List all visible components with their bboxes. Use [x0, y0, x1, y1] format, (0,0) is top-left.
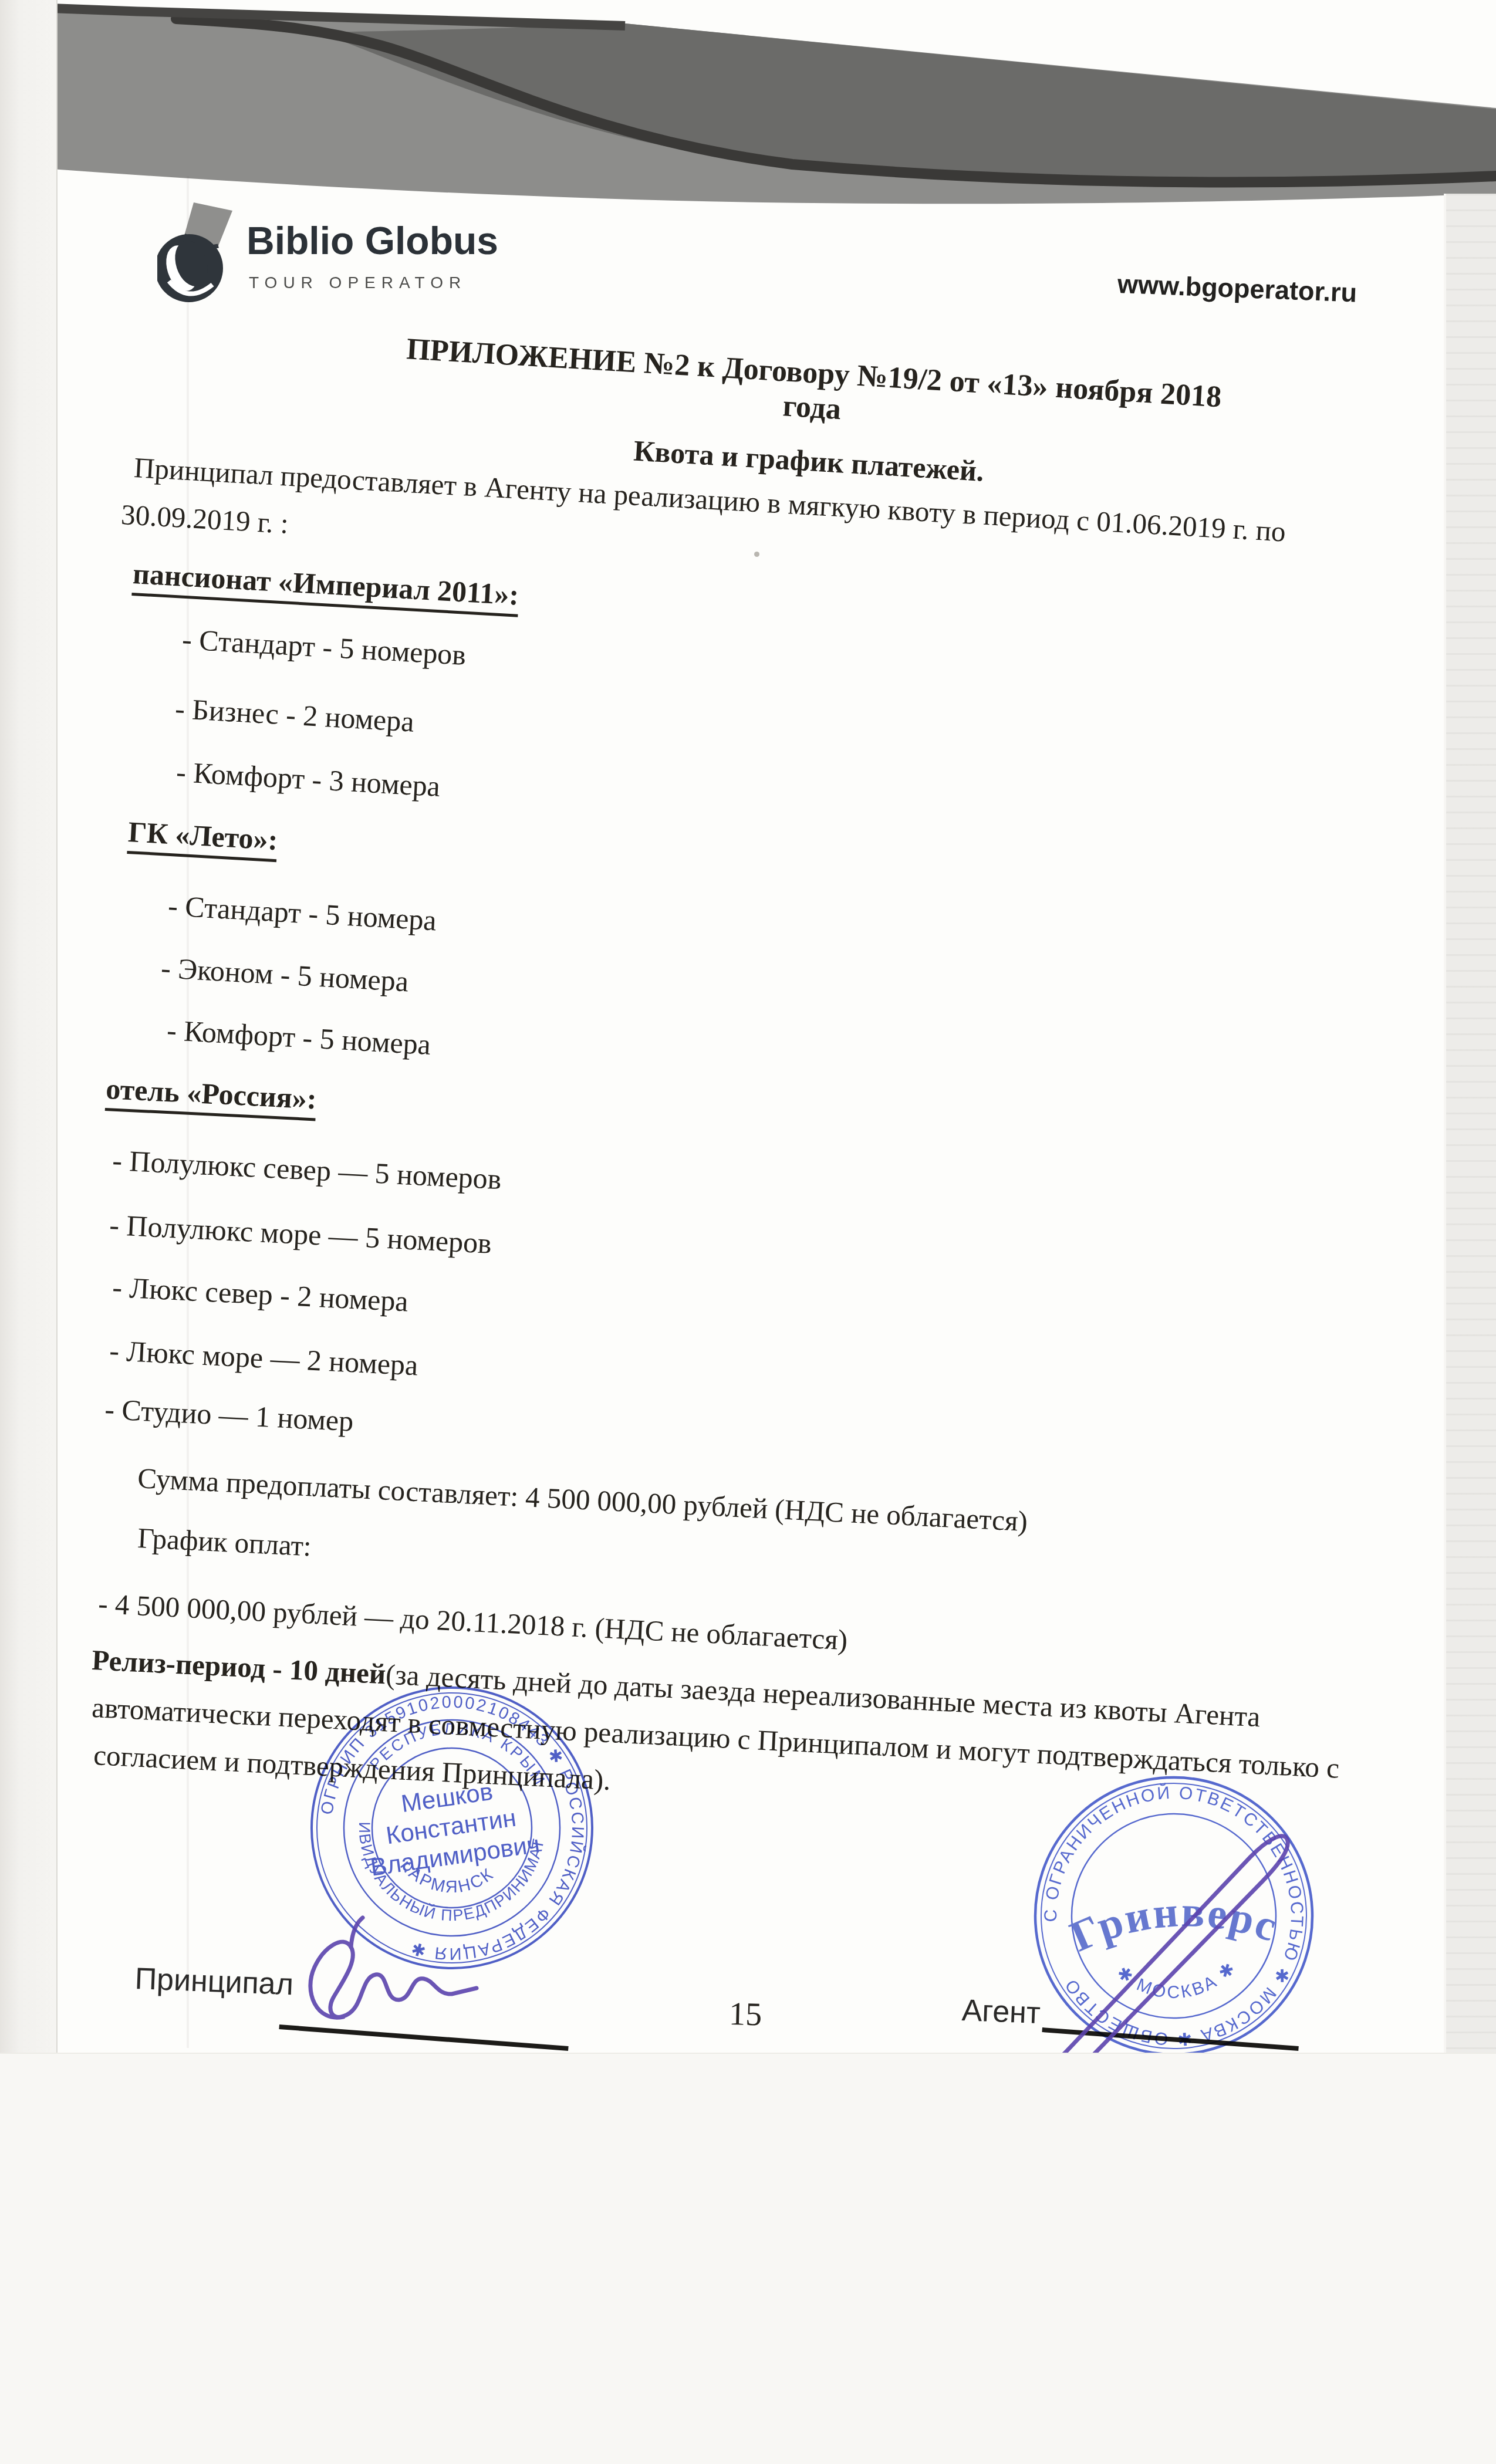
- scanner-right-margin: [1444, 194, 1496, 2053]
- principal-signature: [310, 1942, 477, 2017]
- scanner-background: [0, 2053, 1496, 2464]
- scanner-left-margin: [0, 0, 58, 2053]
- scanned-contract-page: Biblio Globus TOUR OPERATOR www.bgoperat…: [0, 0, 1496, 2464]
- principal-signature-flick: [351, 1918, 363, 1947]
